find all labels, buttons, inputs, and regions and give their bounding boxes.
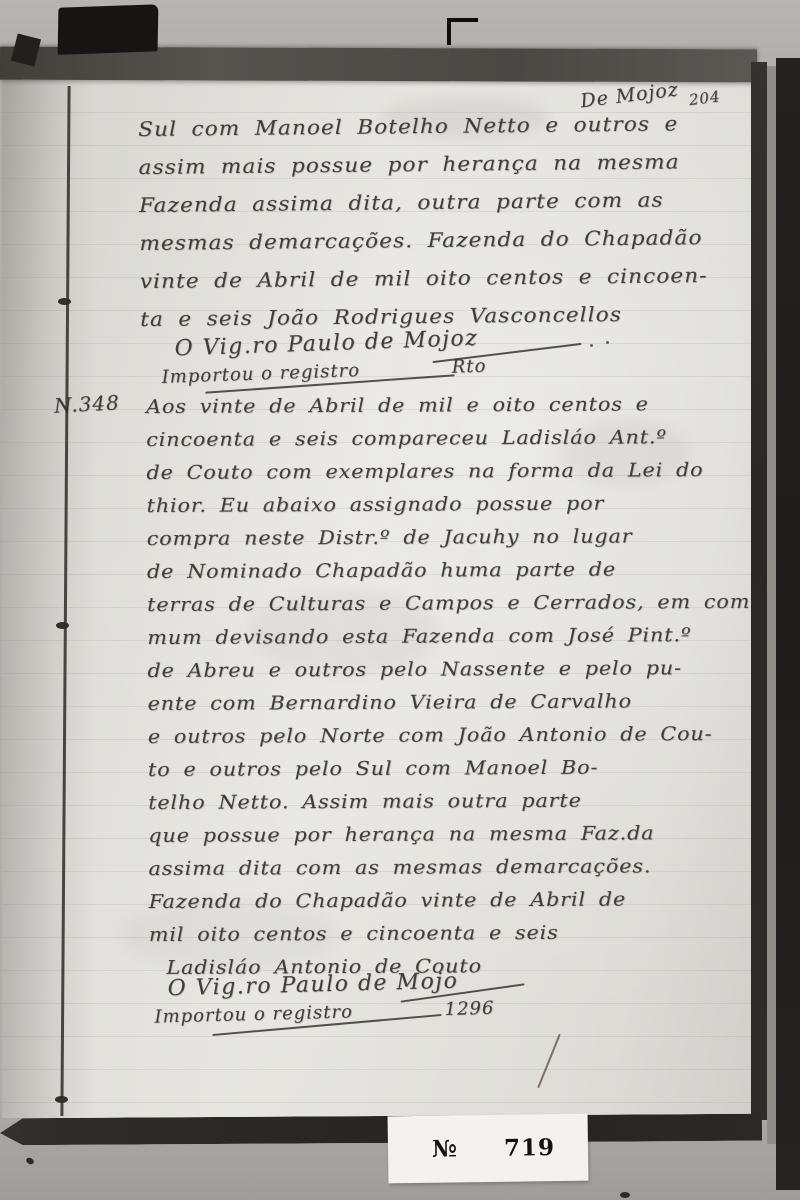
signature-note-value: 1296 <box>444 998 494 1020</box>
manuscript-line: telho Netto. Assim mais outra parte <box>148 784 800 820</box>
manuscript-line: Aos vinte de Abril de mil e oito centos … <box>146 388 800 424</box>
ink-dot <box>606 341 609 344</box>
manuscript-line: de Nominado Chapadão huma parte de <box>147 553 800 589</box>
manuscript-line: mum devisando esta Fazenda com José Pint… <box>147 619 800 655</box>
page-number-label: № 719 <box>388 1114 589 1184</box>
manuscript-line: cincoenta e seis compareceu Ladisláo Ant… <box>146 421 800 457</box>
manuscript-line: assima dita com as mesmas demarcações. <box>148 850 800 886</box>
manuscript-line: de Couto com exemplares na forma da Lei … <box>146 454 800 490</box>
stitch-knot <box>56 622 69 629</box>
manuscript-line: ente com Bernardino Vieira de Carvalho <box>148 685 800 721</box>
manuscript-line: terras de Culturas e Campos e Cerrados, … <box>147 586 800 622</box>
book-bottom-edge <box>0 1114 762 1146</box>
scanned-manuscript-page: De Mojoz 204 Sul com Manoel Botelho Nett… <box>0 0 800 1200</box>
manuscript-line: mil oito centos e cincoenta e seis <box>149 916 800 952</box>
corner-registration-mark <box>447 18 478 45</box>
manuscript-line: e outros pelo Norte com João Antonio de … <box>148 718 800 754</box>
manuscript-line: que possue por herança na mesma Faz.da <box>148 817 800 853</box>
page-number-value: 719 <box>504 1134 555 1162</box>
ink-dot <box>590 344 593 347</box>
paragraph-1: Sul com Manoel Botelho Netto e outros e … <box>138 103 799 338</box>
manuscript-line: Fazenda do Chapadão vinte de Abril de <box>149 883 800 919</box>
stitch-knot <box>55 1096 68 1103</box>
paragraph-2: Aos vinte de Abril de mil e oito centos … <box>146 388 800 985</box>
manuscript-line: thior. Eu abaixo assignado possue por <box>147 487 800 523</box>
manuscript-line: de Abreu e outros pelo Nassente e pelo p… <box>147 652 800 688</box>
entry-number: N.348 <box>53 390 120 417</box>
signature-block-2: O Vig.ro Paulo de Mojo Importou o regist… <box>167 968 494 1028</box>
stitch-knot <box>58 298 71 305</box>
manuscript-line: compra neste Distr.º de Jacuhy no lugar <box>147 520 800 556</box>
debris-speck <box>620 1192 630 1198</box>
spine-tab <box>58 4 159 55</box>
manuscript-line: to e outros pelo Sul com Manoel Bo- <box>148 751 800 787</box>
debris-speck <box>25 1156 35 1165</box>
signature-block-1: O Vig.ro Paulo de Mojoz Importou o regis… <box>174 326 486 388</box>
numero-symbol: № <box>432 1135 458 1162</box>
manuscript-line: vinte de Abril de mil oito centos e cinc… <box>140 255 799 300</box>
